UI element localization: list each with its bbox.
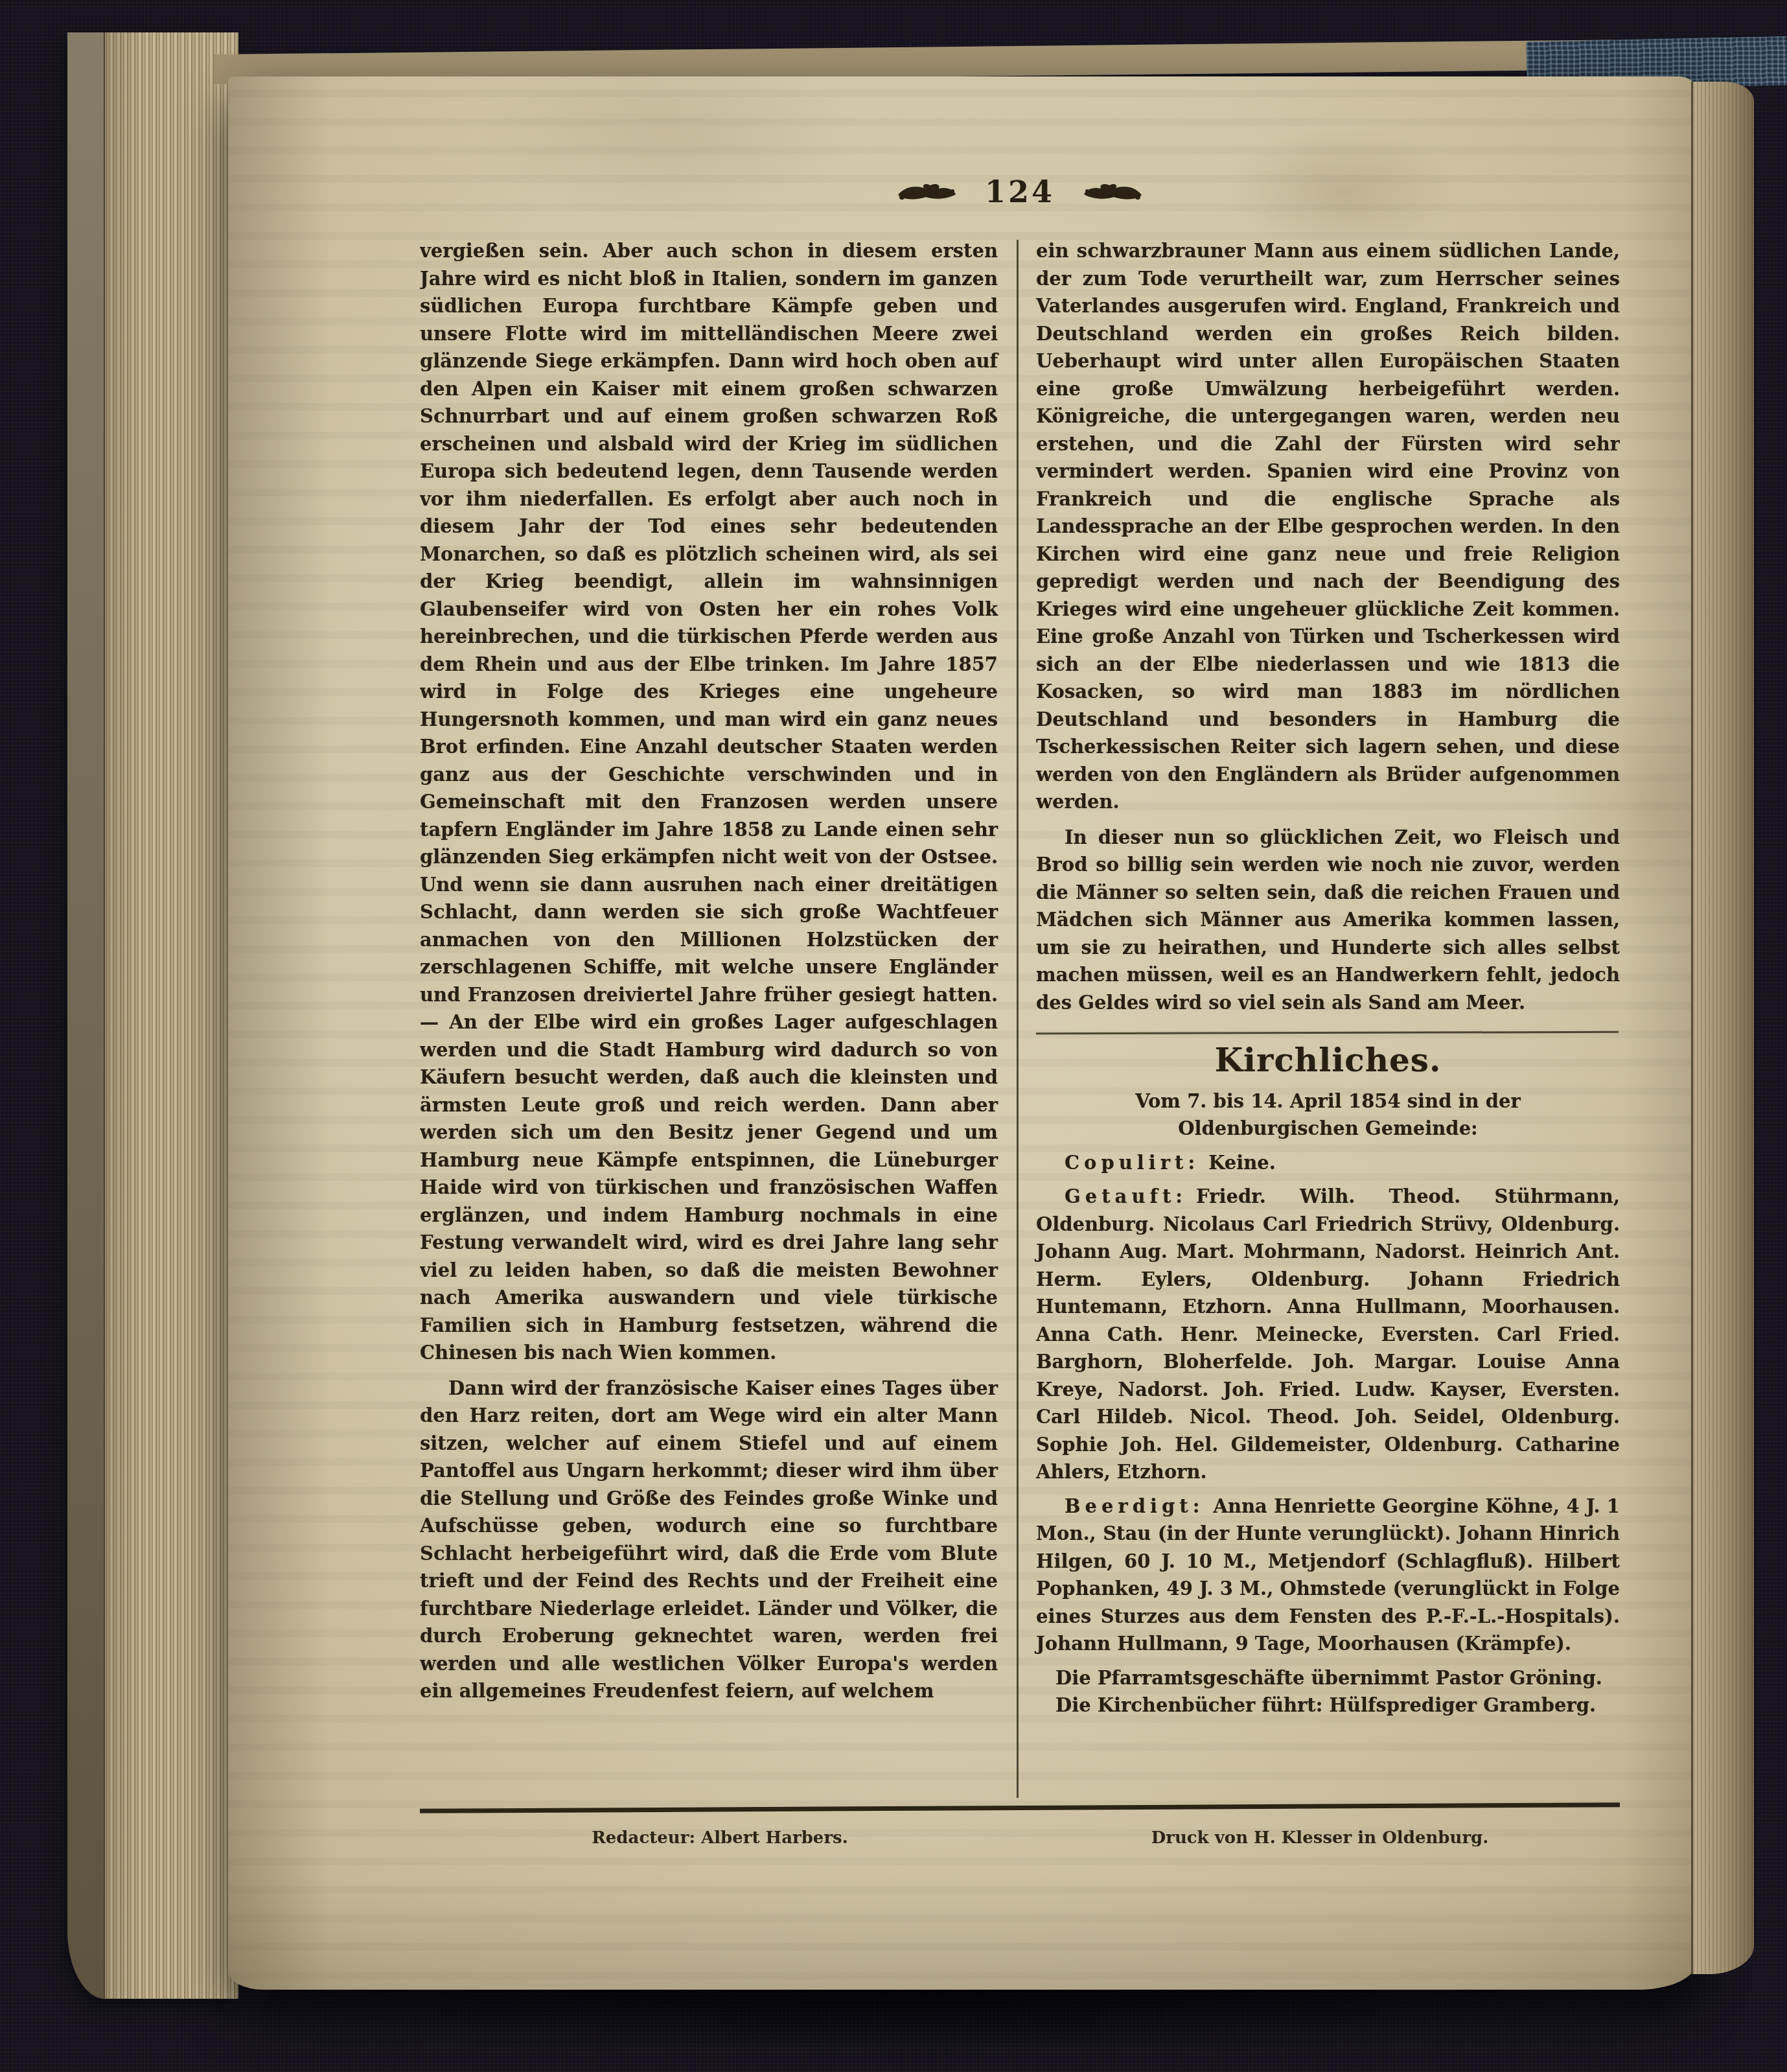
book-page: 124 vergießen sein. Aber auch schon in d…: [228, 76, 1696, 1990]
church-record-copulirt: Copulirt:Keine.: [1036, 1149, 1620, 1177]
paragraph: vergießen sein. Aber auch schon in diese…: [420, 237, 998, 1367]
column-divider-rule: [1017, 240, 1019, 1798]
section-divider-rule: [1036, 1031, 1619, 1034]
footer-rule: [420, 1802, 1620, 1813]
editor-credit: Redacteur: Albert Harbers.: [420, 1828, 1020, 1848]
record-text: Friedr. Wilh. Theod. Stührmann, Oldenbur…: [1036, 1185, 1620, 1483]
section-title: Kirchliches.: [1036, 1047, 1620, 1075]
right-column: ein schwarzbrauner Mann aus einem südlic…: [1036, 237, 1620, 1798]
page-header: 124: [420, 169, 1620, 215]
section-intro-line: Vom 7. bis 14. April 1854 sind in der: [1036, 1088, 1620, 1115]
record-label: Copulirt:: [1065, 1152, 1199, 1174]
parish-note: Die Pfarramtsgeschäfte übernimmt Pastor …: [1036, 1664, 1620, 1692]
paragraph: In dieser nun so glücklichen Zeit, wo Fl…: [1036, 824, 1620, 1017]
church-record-beerdigt: Beerdigt:Anna Henriette Georgine Köhne, …: [1036, 1493, 1620, 1658]
paragraph: Dann wird der französische Kaiser eines …: [420, 1375, 998, 1705]
printer-credit: Druck von H. Klesser in Oldenburg.: [1020, 1828, 1620, 1848]
record-text: Keine.: [1208, 1152, 1276, 1174]
two-column-layout: vergießen sein. Aber auch schon in diese…: [420, 237, 1620, 1798]
parish-note: Die Kirchenbücher führt: Hülfsprediger G…: [1036, 1692, 1620, 1719]
section-intro-line: Oldenburgischen Gemeinde:: [1036, 1115, 1620, 1143]
left-column: vergießen sein. Aber auch schon in diese…: [420, 237, 998, 1798]
header-ornament-right-icon: [1082, 182, 1144, 202]
header-ornament-left-icon: [895, 182, 958, 202]
printed-text-block: 124 vergießen sein. Aber auch schon in d…: [420, 169, 1620, 1848]
record-text: Anna Henriette Georgine Köhne, 4 J. 1 Mo…: [1036, 1495, 1620, 1655]
page-number: 124: [985, 174, 1055, 209]
book-fore-edge: [1691, 82, 1754, 1974]
record-label: Beerdigt:: [1065, 1495, 1204, 1517]
book-photo: 124 vergießen sein. Aber auch schon in d…: [0, 0, 1787, 2072]
church-record-getauft: Getauft:Friedr. Wilh. Theod. Stührmann, …: [1036, 1183, 1620, 1486]
paragraph: ein schwarzbrauner Mann aus einem südlic…: [1036, 237, 1620, 816]
page-footer: Redacteur: Albert Harbers. Druck von H. …: [420, 1828, 1620, 1848]
book-page-edges: [67, 32, 238, 1999]
record-label: Getauft:: [1065, 1185, 1187, 1207]
